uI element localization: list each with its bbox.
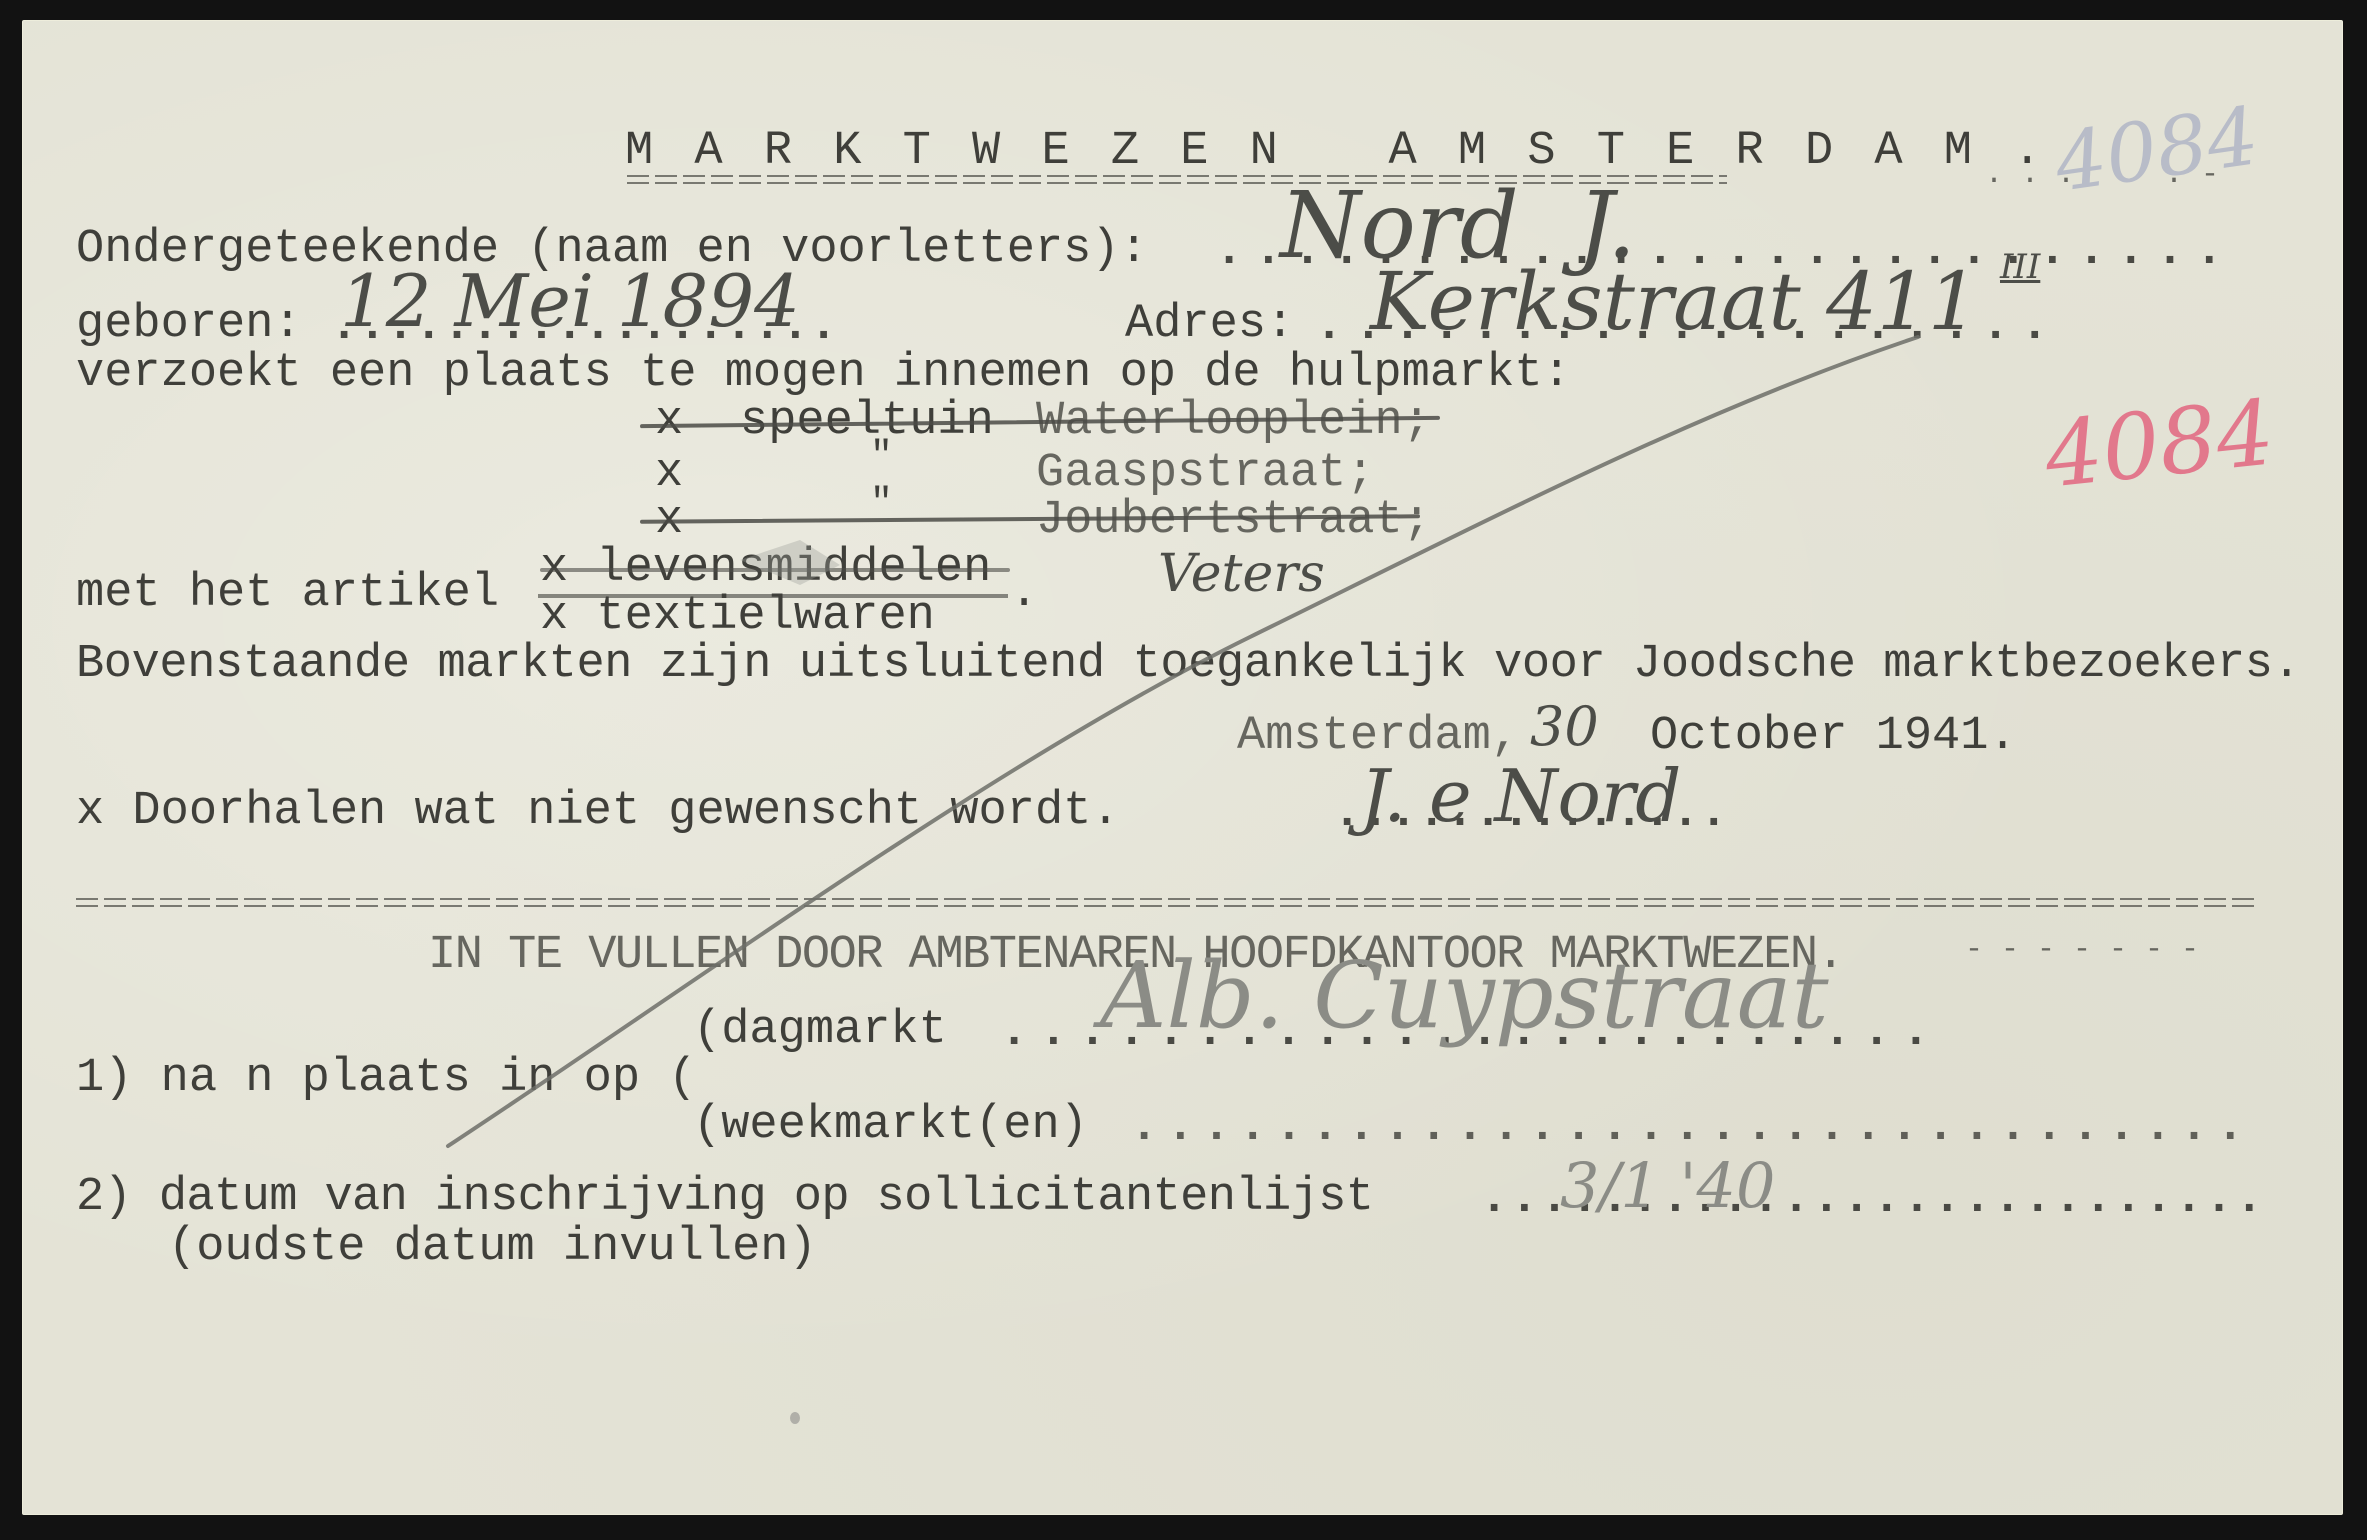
paper-spot bbox=[790, 1412, 800, 1424]
cancellation-line bbox=[0, 0, 2367, 1540]
